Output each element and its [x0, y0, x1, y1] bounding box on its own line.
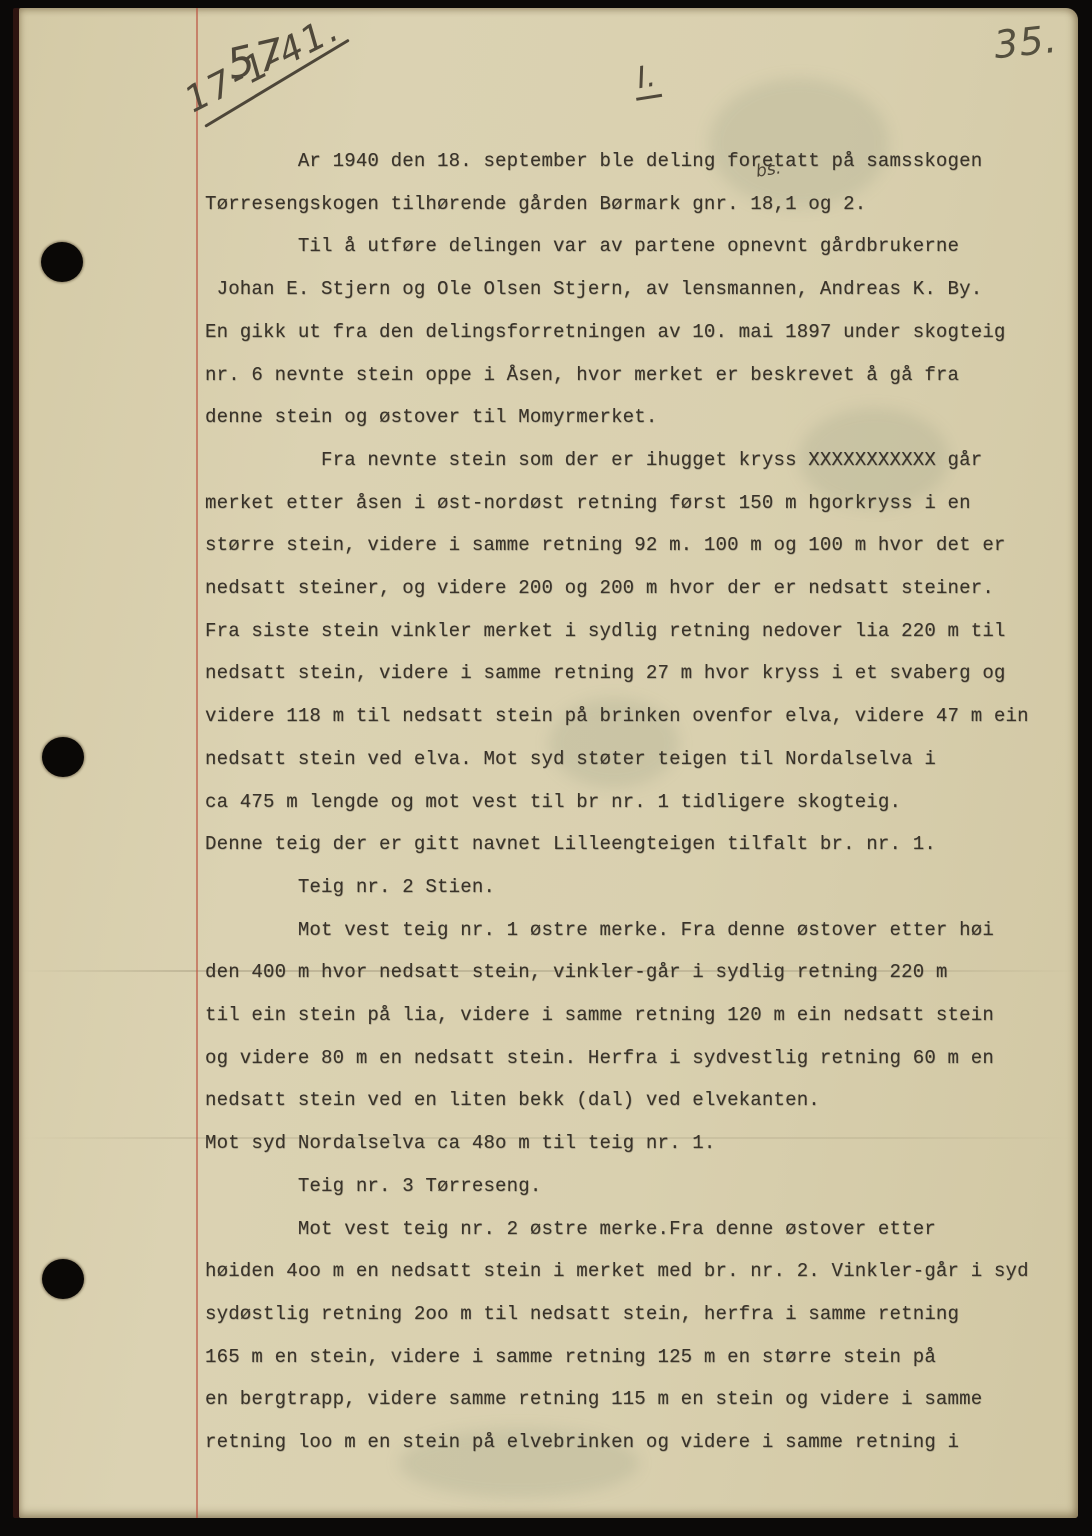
- typewritten-line: en bergtrapp, videre samme retning 115 m…: [205, 1378, 1029, 1421]
- typewritten-line: Mot vest teig nr. 1 østre merke. Fra den…: [205, 909, 1029, 952]
- typewritten-line: og videre 80 m en nedsatt stein. Herfra …: [205, 1037, 1029, 1080]
- typewritten-line: til ein stein på lia, videre i samme ret…: [205, 994, 1029, 1037]
- typewritten-line: Teig nr. 2 Stien.: [205, 866, 1029, 909]
- hole-punch: [42, 737, 84, 777]
- paper-sheet: 57 17-1-41. I. 35. bs. Ar 1940 den 18. s…: [19, 8, 1078, 1518]
- typewritten-line: nedsatt steiner, og videre 200 og 200 m …: [205, 567, 1029, 610]
- section-numeral-text: I.: [630, 58, 662, 101]
- typewritten-line: høiden 4oo m en nedsatt stein i merket m…: [205, 1250, 1029, 1293]
- typewritten-line: Mot syd Nordalselva ca 48o m til teig nr…: [205, 1122, 1029, 1165]
- hole-punch: [41, 242, 83, 282]
- typewritten-line: Fra siste stein vinkler merket i sydlig …: [205, 610, 1029, 653]
- typewritten-line: sydøstlig retning 2oo m til nedsatt stei…: [205, 1293, 1029, 1336]
- margin-rule-line: [196, 8, 198, 1518]
- typewritten-line: Johan E. Stjern og Ole Olsen Stjern, av …: [205, 268, 1029, 311]
- typewritten-line: En gikk ut fra den delingsforretningen a…: [205, 311, 1029, 354]
- typewritten-line: 165 m en stein, videre i samme retning 1…: [205, 1336, 1029, 1379]
- scanned-archive-page: 57 17-1-41. I. 35. bs. Ar 1940 den 18. s…: [0, 0, 1092, 1536]
- typewritten-line: nedsatt stein ved elva. Mot syd støter t…: [205, 738, 1029, 781]
- handwritten-date: 17-1-41.: [178, 8, 346, 121]
- typewritten-line: Ar 1940 den 18. september ble deling for…: [205, 140, 1029, 183]
- typewritten-line: Til å utføre delingen var av partene opn…: [205, 225, 1029, 268]
- typewritten-line: merket etter åsen i øst-nordøst retning …: [205, 482, 1029, 525]
- typewritten-line: videre 118 m til nedsatt stein på brinke…: [205, 695, 1029, 738]
- typewritten-line: ca 475 m lengde og mot vest til br nr. 1…: [205, 781, 1029, 824]
- hole-punch: [42, 1259, 84, 1299]
- typewritten-line: Teig nr. 3 Tørreseng.: [205, 1165, 1029, 1208]
- typewritten-line: den 400 m hvor nedsatt stein, vinkler-gå…: [205, 951, 1029, 994]
- handwritten-section-numeral: I.: [630, 58, 662, 97]
- typewritten-line: denne stein og østover til Momyrmerket.: [205, 396, 1029, 439]
- typewritten-line: nedsatt stein ved en liten bekk (dal) ve…: [205, 1079, 1029, 1122]
- typewritten-line: Tørresengskogen tilhørende gården Børmar…: [205, 183, 1029, 226]
- typewritten-line: større stein, videre i samme retning 92 …: [205, 524, 1029, 567]
- typewritten-line: retning loo m en stein på elvebrinken og…: [205, 1421, 1029, 1464]
- typewritten-line: nr. 6 nevnte stein oppe i Åsen, hvor mer…: [205, 354, 1029, 397]
- typewritten-body: Ar 1940 den 18. september ble deling for…: [205, 140, 1029, 1464]
- typewritten-line: Mot vest teig nr. 2 østre merke.Fra denn…: [205, 1208, 1029, 1251]
- typewritten-line: nedsatt stein, videre i samme retning 27…: [205, 652, 1029, 695]
- typewritten-line: Fra nevnte stein som der er ihugget krys…: [205, 439, 1029, 482]
- handwritten-page-number: 35.: [992, 17, 1060, 67]
- typewritten-line: Denne teig der er gitt navnet Lilleengte…: [205, 823, 1029, 866]
